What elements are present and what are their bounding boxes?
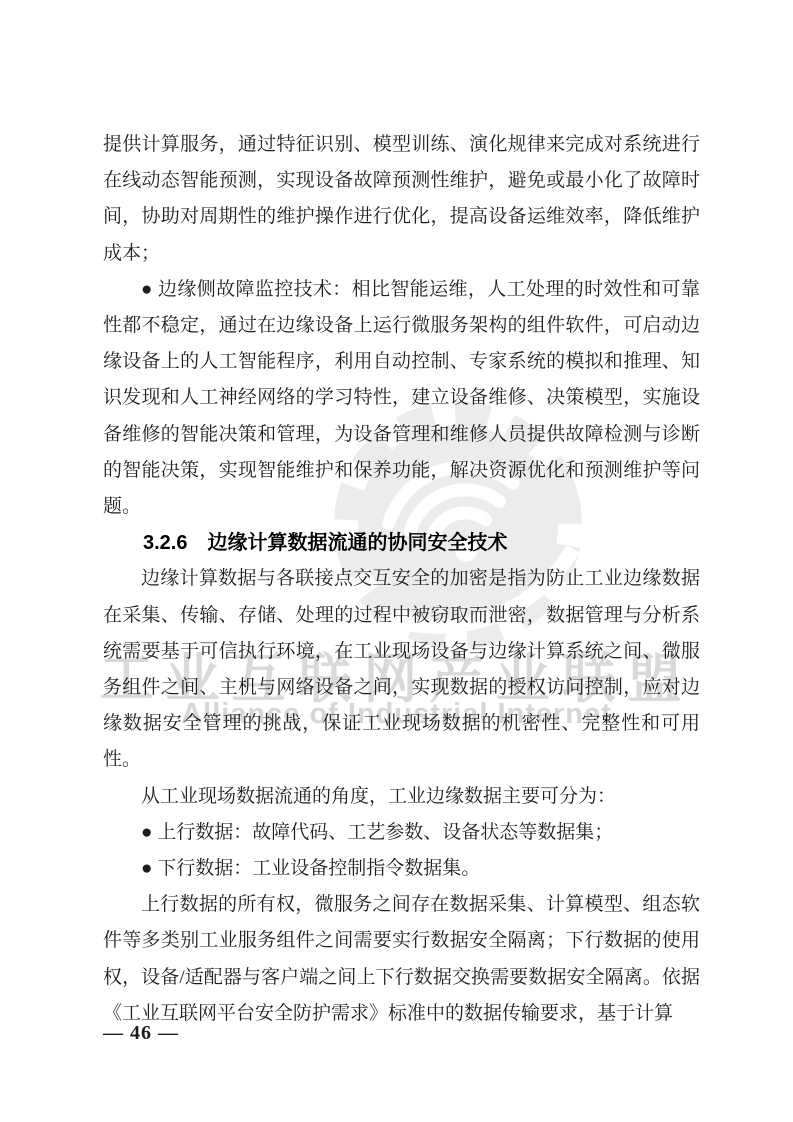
bullet-item-edge-fault-monitoring: ● 边缘侧故障监控技术：相比智能运维，人工处理的时效性和可靠性都不稳定，通过在边… [103,272,700,525]
bullet-item-uplink-data: ● 上行数据：故障代码、工艺参数、设备状态等数据集； [103,815,700,851]
section-heading-3-2-6: 3.2.6 边缘计算数据流通的协同安全技术 [103,525,700,561]
bullet-item-downlink-data: ● 下行数据：工业设备控制指令数据集。 [103,851,700,887]
page-body: 提供计算服务，通过特征识别、模型训练、演化规律来完成对系统进行在线动态智能预测，… [103,127,700,1032]
document-page: 工业互联网产业联盟 Alliance of Industrial Interne… [0,0,793,1122]
body-paragraph-security: 边缘计算数据与各联接点交互安全的加密是指为防止工业边缘数据在采集、传输、存储、处… [103,561,700,778]
body-paragraph-ownership: 上行数据的所有权，微服务之间存在数据采集、计算模型、组态软件等多类别工业服务组件… [103,887,700,1032]
body-paragraph-continuation: 提供计算服务，通过特征识别、模型训练、演化规律来完成对系统进行在线动态智能预测，… [103,127,700,272]
body-paragraph-data-flow: 从工业现场数据流通的角度，工业边缘数据主要可分为： [103,779,700,815]
page-number: — 46 — [103,1022,179,1045]
